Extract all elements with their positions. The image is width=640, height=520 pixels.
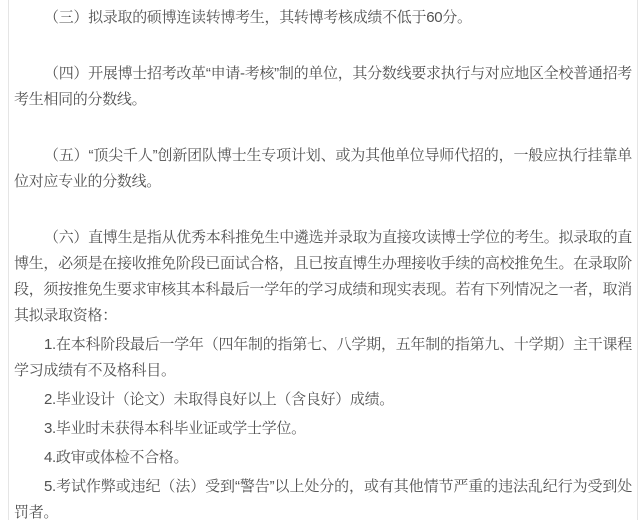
paragraph-section-3: （三）拟录取的硕博连读转博考生，其转博考核成绩不低于60分。 [14,5,632,31]
paragraph-section-5: （五）“顶尖千人”创新团队博士生专项计划、或为其他单位导师代招的，一般应执行挂靠… [14,143,632,195]
list-item-5: 5.考试作弊或违纪（法）受到“警告”以上处分的，或有其他情节严重的违法乱纪行为受… [14,474,632,520]
article-body: （三）拟录取的硕博连读转博考生，其转博考核成绩不低于60分。 （四）开展博士招考… [8,0,638,520]
list-item-1: 1.在本科阶段最后一学年（四年制的指第七、八学期，五年制的指第九、十学期）主干课… [14,332,632,384]
paragraph-section-6: （六）直博生是指从优秀本科推免生中遴选并录取为直接攻读博士学位的考生。拟录取的直… [14,225,632,329]
list-item-4: 4.政审或体检不合格。 [14,445,632,471]
paragraph-section-4: （四）开展博士招考改革“申请-考核”制的单位，其分数线要求执行与对应地区全校普通… [14,61,632,113]
list-item-2: 2.毕业设计（论文）未取得良好以上（含良好）成绩。 [14,387,632,413]
list-item-3: 3.毕业时未获得本科毕业证或学士学位。 [14,416,632,442]
